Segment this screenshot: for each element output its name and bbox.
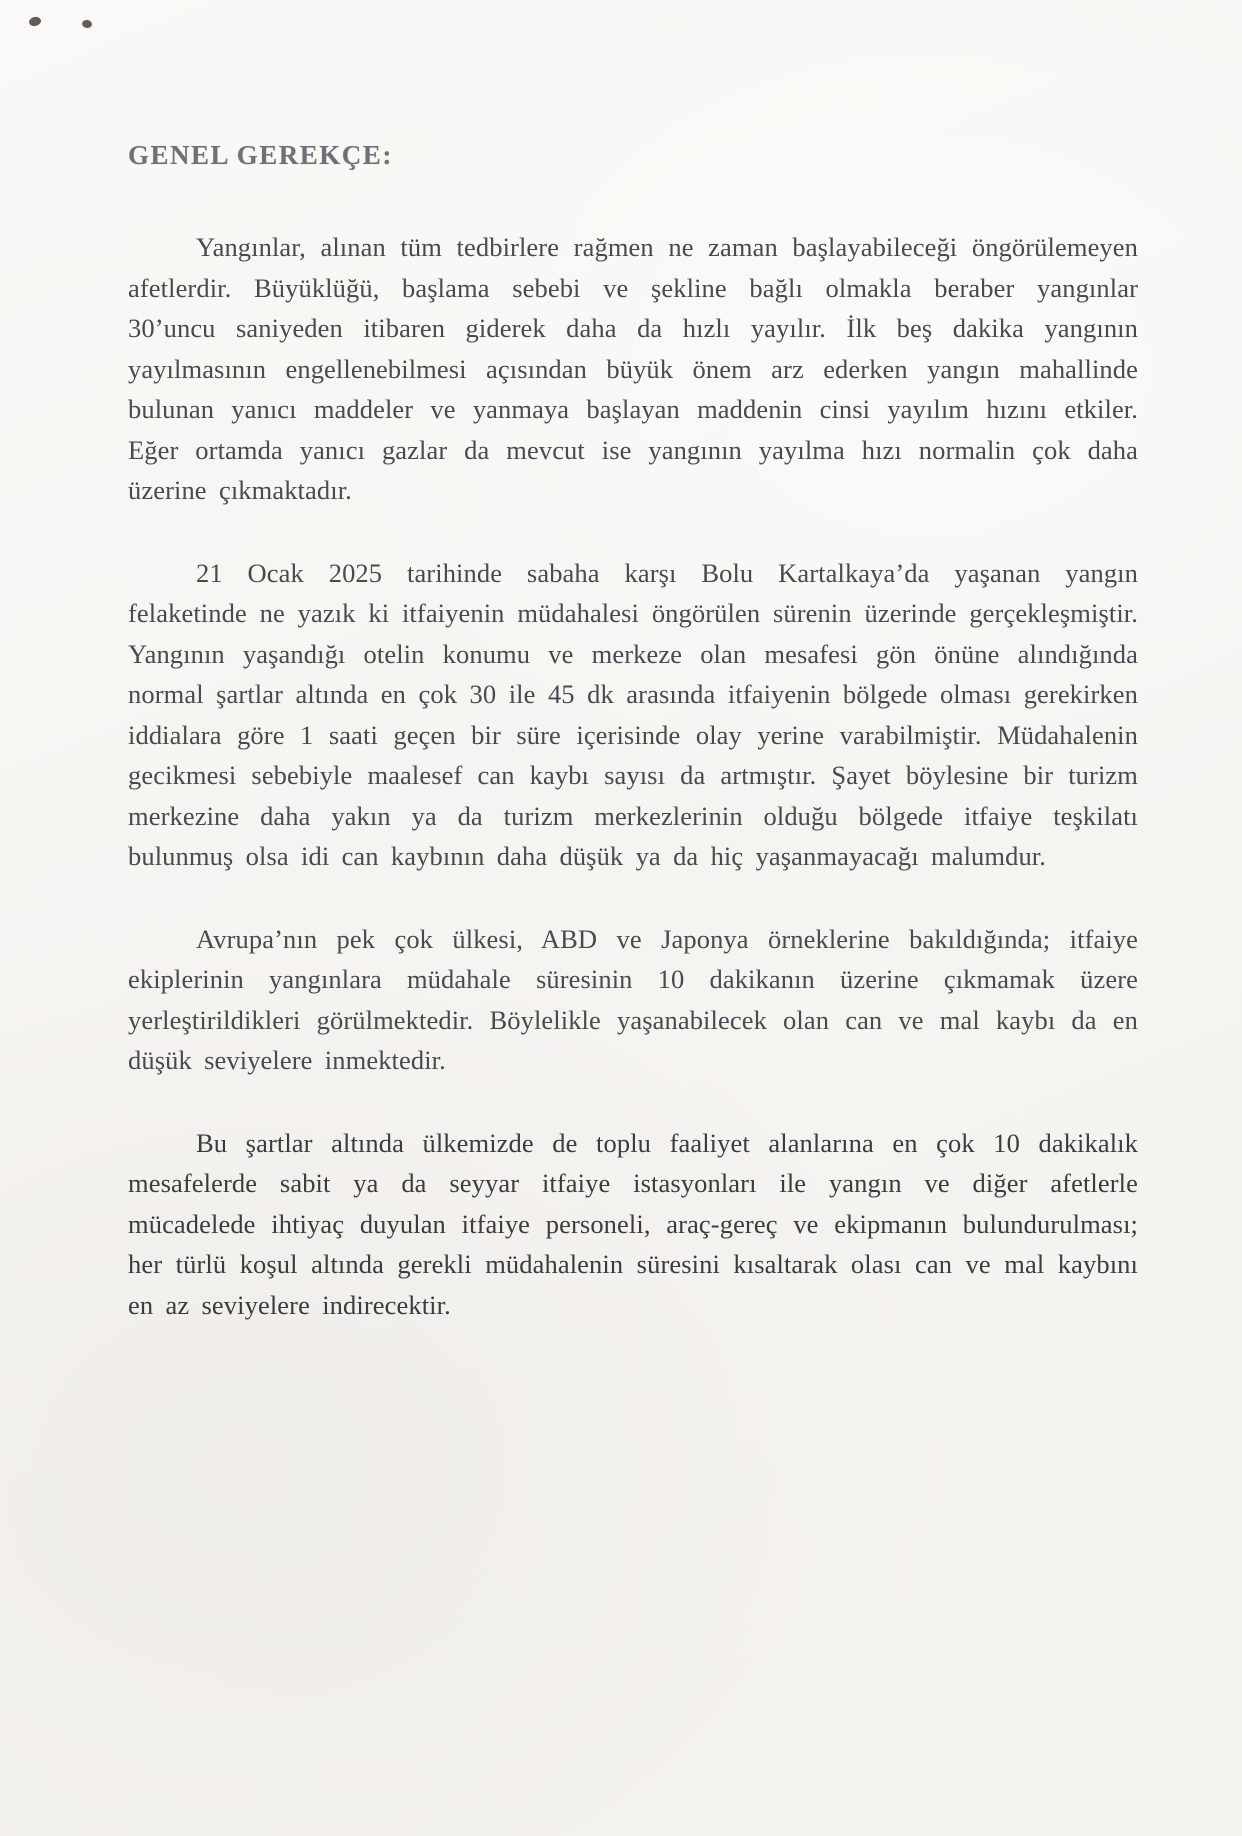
scanned-document-page: GENEL GEREKÇE: Yangınlar, alınan tüm ted… — [0, 0, 1242, 1836]
paragraph-international-examples: Avrupa’nın pek çok ülkesi, ABD ve Japony… — [128, 919, 1138, 1081]
punch-hole-dot — [28, 16, 42, 27]
punch-hole-dot — [81, 19, 92, 28]
paragraph-kartalkaya-incident: 21 Ocak 2025 tarihinde sabaha karşı Bolu… — [128, 553, 1138, 877]
document-title: GENEL GEREKÇE: — [128, 140, 1138, 171]
paragraph-fire-unpredictability: Yangınlar, alınan tüm tedbirlere rağmen … — [128, 227, 1138, 511]
document-body: GENEL GEREKÇE: Yangınlar, alınan tüm ted… — [128, 140, 1138, 1367]
paragraph-proposal-conclusion: Bu şartlar altında ülkemizde de toplu fa… — [128, 1123, 1138, 1326]
